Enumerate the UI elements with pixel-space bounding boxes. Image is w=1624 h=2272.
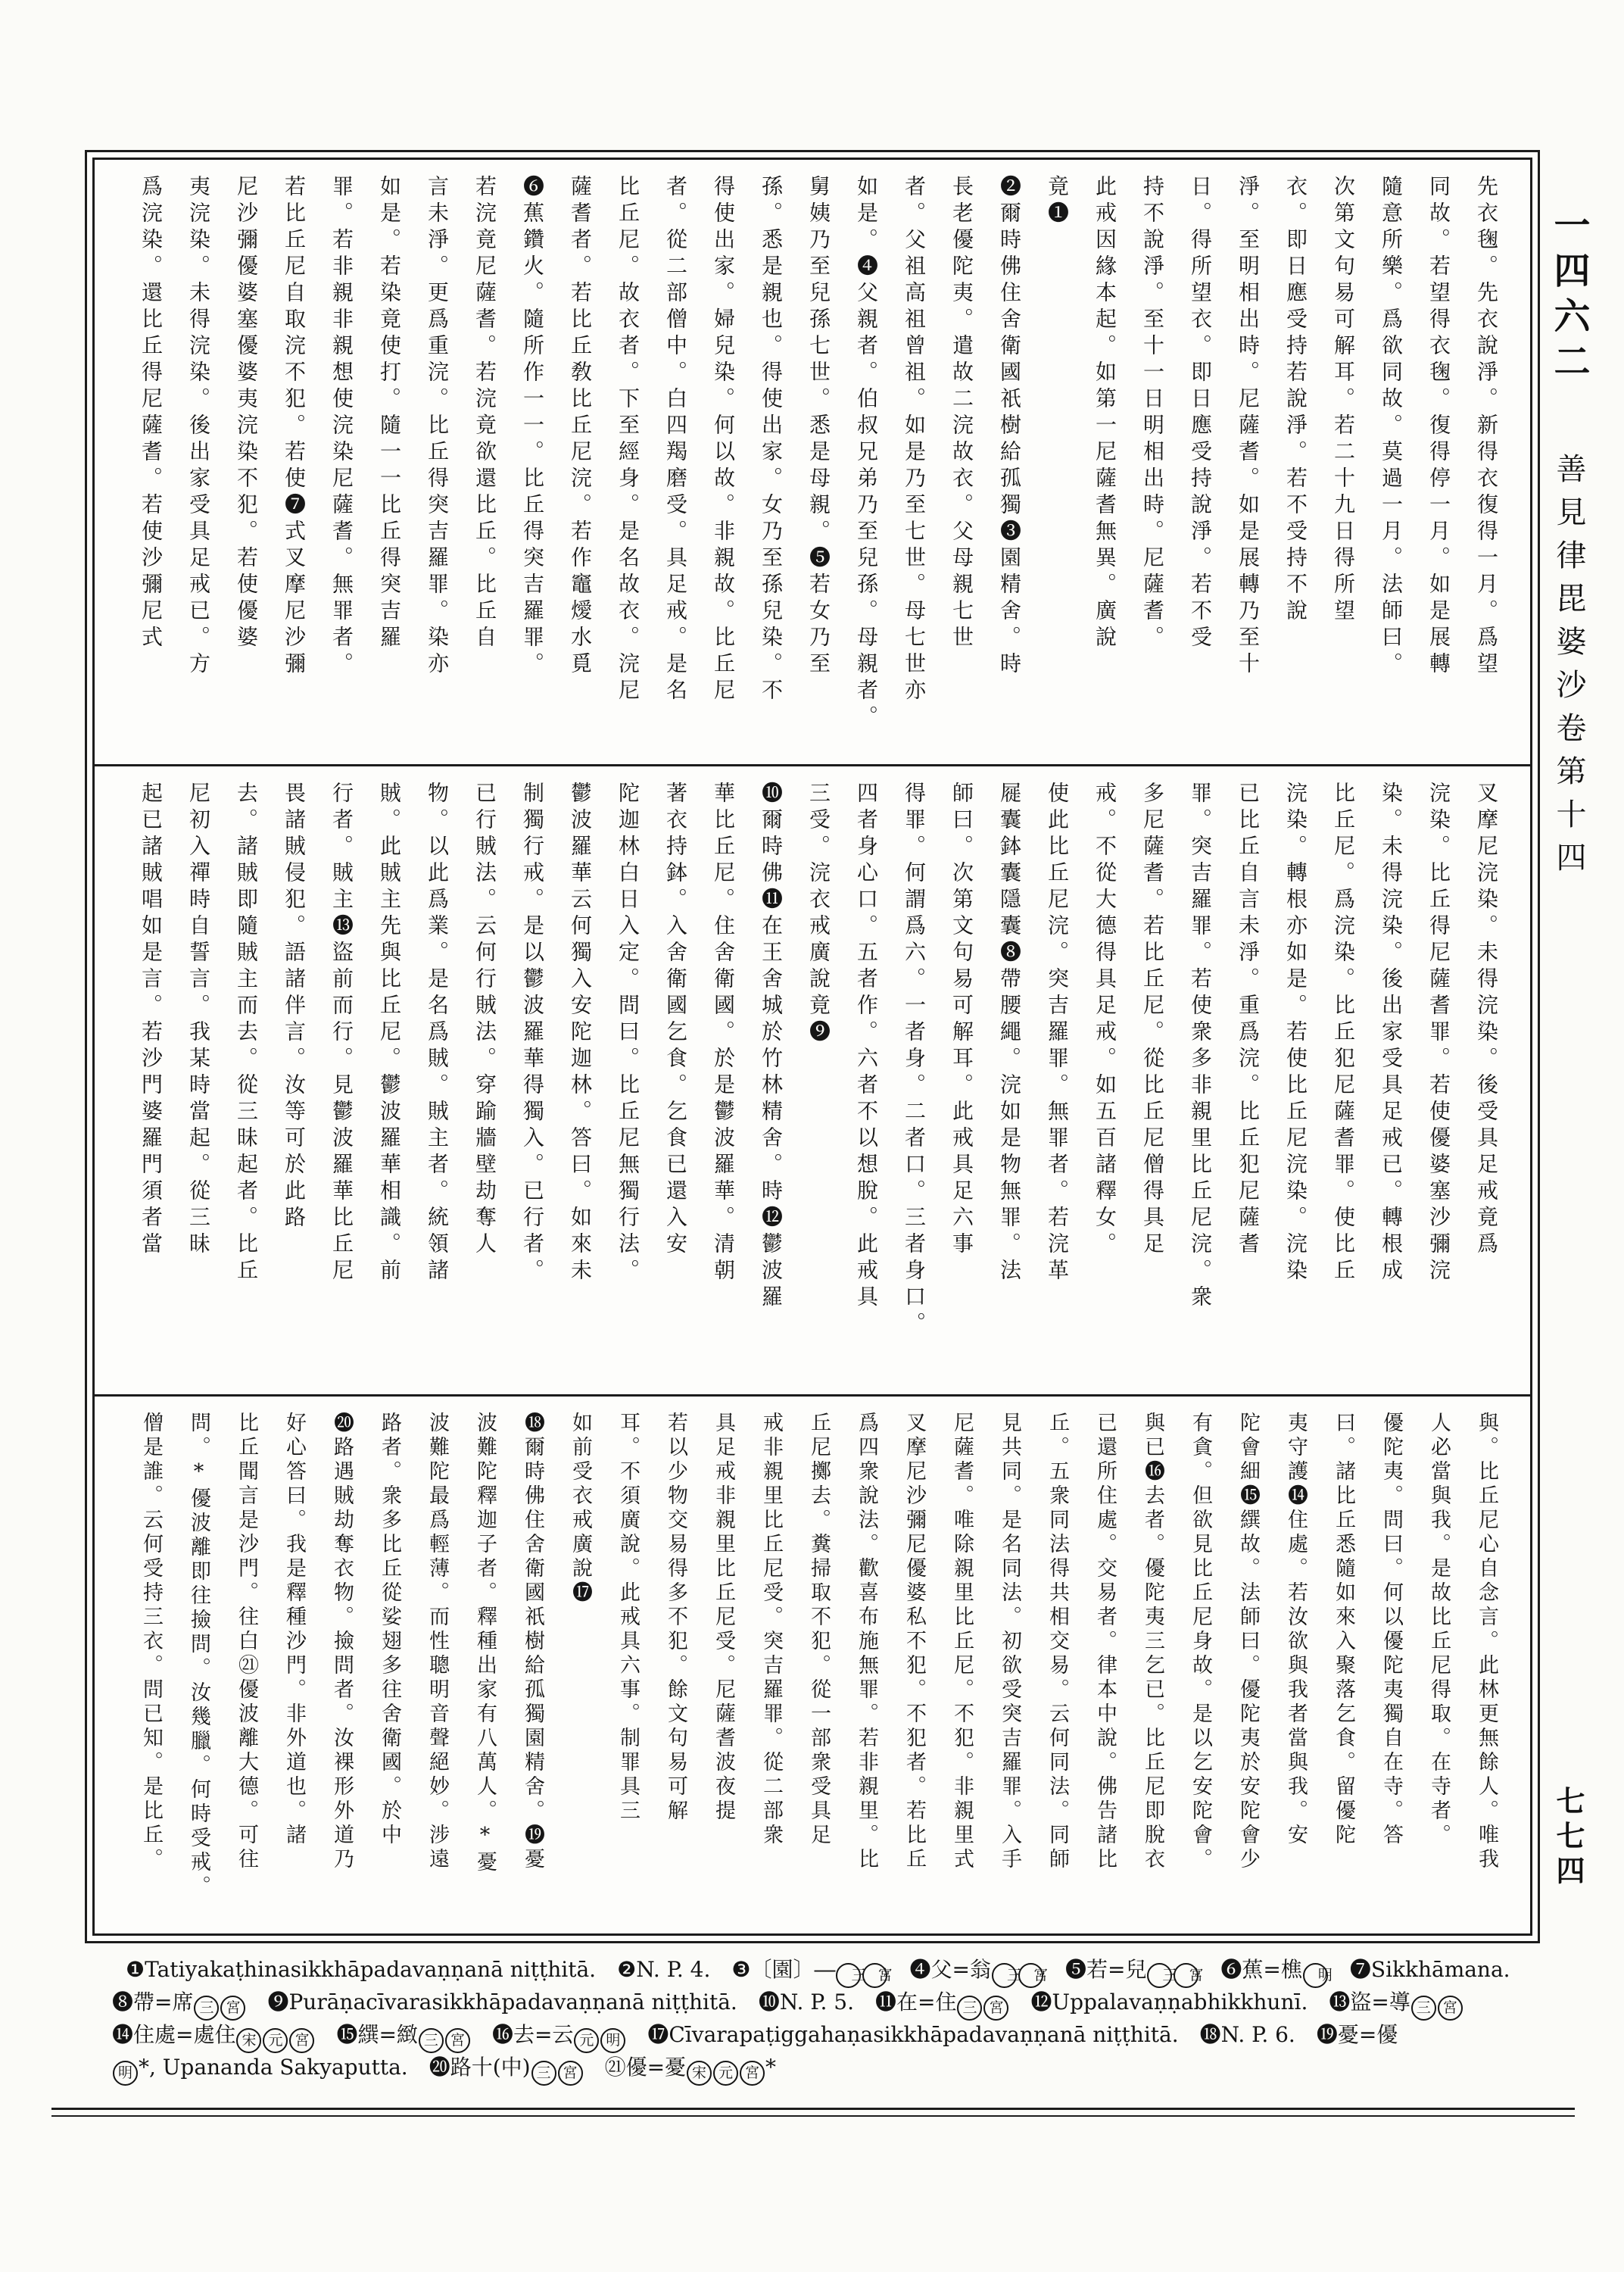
edition-siglum: 三: [1147, 1963, 1172, 1988]
footnote-line: ❽帶=席三宮 ❾Purāṇacīvarasikkhāpadavaṇṇanā ni…: [112, 1988, 1543, 2021]
edition-siglum: 明: [600, 2028, 625, 2053]
edition-siglum: 三: [992, 1963, 1017, 1988]
edition-siglum: 元: [263, 2028, 288, 2053]
edition-siglum: 明: [1303, 1963, 1328, 1988]
edition-siglum: 宮: [445, 2028, 470, 2053]
edition-siglum: 三: [531, 2061, 556, 2086]
text-frame-inner: 先衣毱。先衣說淨。新得衣復得一月。爲望 同故。若望得衣毱。復得停一月。如是展轉 …: [92, 158, 1532, 1936]
edition-siglum: 宮: [1174, 1963, 1199, 1988]
edition-siglum: 元: [574, 2028, 599, 2053]
footnote-line: ⓮住處=處住宋元宮 ⓯繏=緻三宮 ⓰去=云元明 ⓱Cīvarapaṭiggaha…: [112, 2021, 1543, 2053]
footnote-line: 明*, Upananda Sakyaputta. ⓴路十(中)三宮 ㉑優=憂宋元…: [112, 2053, 1543, 2086]
edition-siglum: 三: [1411, 1996, 1436, 2021]
edition-siglum: 宮: [862, 1963, 887, 1988]
edition-siglum: 元: [713, 2061, 738, 2086]
edition-siglum: 宮: [740, 2061, 765, 2086]
edition-siglum: 明: [113, 2061, 138, 2086]
text-band-middle: 叉摩尼浣染。未得浣染。後受具足戒竟爲 浣染。比丘得尼薩耆罪。若使優婆塞沙彌浣 染…: [95, 764, 1530, 1394]
text-band-bottom: 與。比丘尼心自念言。此林更無餘人。唯我 人必當與我。是故比丘尼得取。在寺者。 優…: [95, 1394, 1530, 1933]
band-middle-text: 叉摩尼浣染。未得浣染。後受具足戒竟爲 浣染。比丘得尼薩耆罪。若使優婆塞沙彌浣 染…: [127, 782, 1510, 1382]
volume-title: 善見律毘婆沙卷第十四: [1548, 453, 1591, 885]
edition-siglum: 宋: [687, 2061, 712, 2086]
edition-siglum: 三: [419, 2028, 444, 2053]
bottom-rule: [51, 2108, 1575, 2117]
scanned-page: { "page": { "header_page_number": "一四六二"…: [0, 0, 1624, 2272]
taisho-page-number: 一四六二: [1543, 206, 1595, 388]
band-bottom-text: 與。比丘尼心自念言。此林更無餘人。唯我 人必當與我。是故比丘尼得取。在寺者。 優…: [127, 1412, 1510, 1921]
edition-siglum: 宮: [220, 1996, 245, 2021]
edition-siglum: 三: [836, 1963, 861, 1988]
margin-column: 一四六二 善見律毘婆沙卷第十四 七七四: [1542, 0, 1624, 1969]
footnotes-block: ❶Tatiyakaṭhinasikkhāpadavaṇṇanā niṭṭhitā…: [112, 1955, 1543, 2086]
edition-siglum: 宮: [1438, 1996, 1463, 2021]
edition-siglum: 宮: [983, 1996, 1008, 2021]
text-band-top: 先衣毱。先衣說淨。新得衣復得一月。爲望 同故。若望得衣毱。復得停一月。如是展轉 …: [95, 160, 1530, 764]
footnote-line: ❶Tatiyakaṭhinasikkhāpadavaṇṇanā niṭṭhitā…: [112, 1955, 1543, 1988]
edition-siglum: 三: [957, 1996, 982, 2021]
edition-siglum: 宮: [289, 2028, 314, 2053]
edition-siglum: 宮: [558, 2061, 583, 2086]
edition-siglum: 三: [194, 1996, 219, 2021]
edition-siglum: 宮: [1018, 1963, 1043, 1988]
band-top-text: 先衣毱。先衣說淨。新得衣復得一月。爲望 同故。若望得衣毱。復得停一月。如是展轉 …: [127, 175, 1510, 752]
edition-siglum: 宋: [236, 2028, 261, 2053]
folio-number: 七七四: [1548, 1786, 1589, 1890]
text-frame: 先衣毱。先衣說淨。新得衣復得一月。爲望 同故。若望得衣毱。復得停一月。如是展轉 …: [85, 150, 1540, 1943]
